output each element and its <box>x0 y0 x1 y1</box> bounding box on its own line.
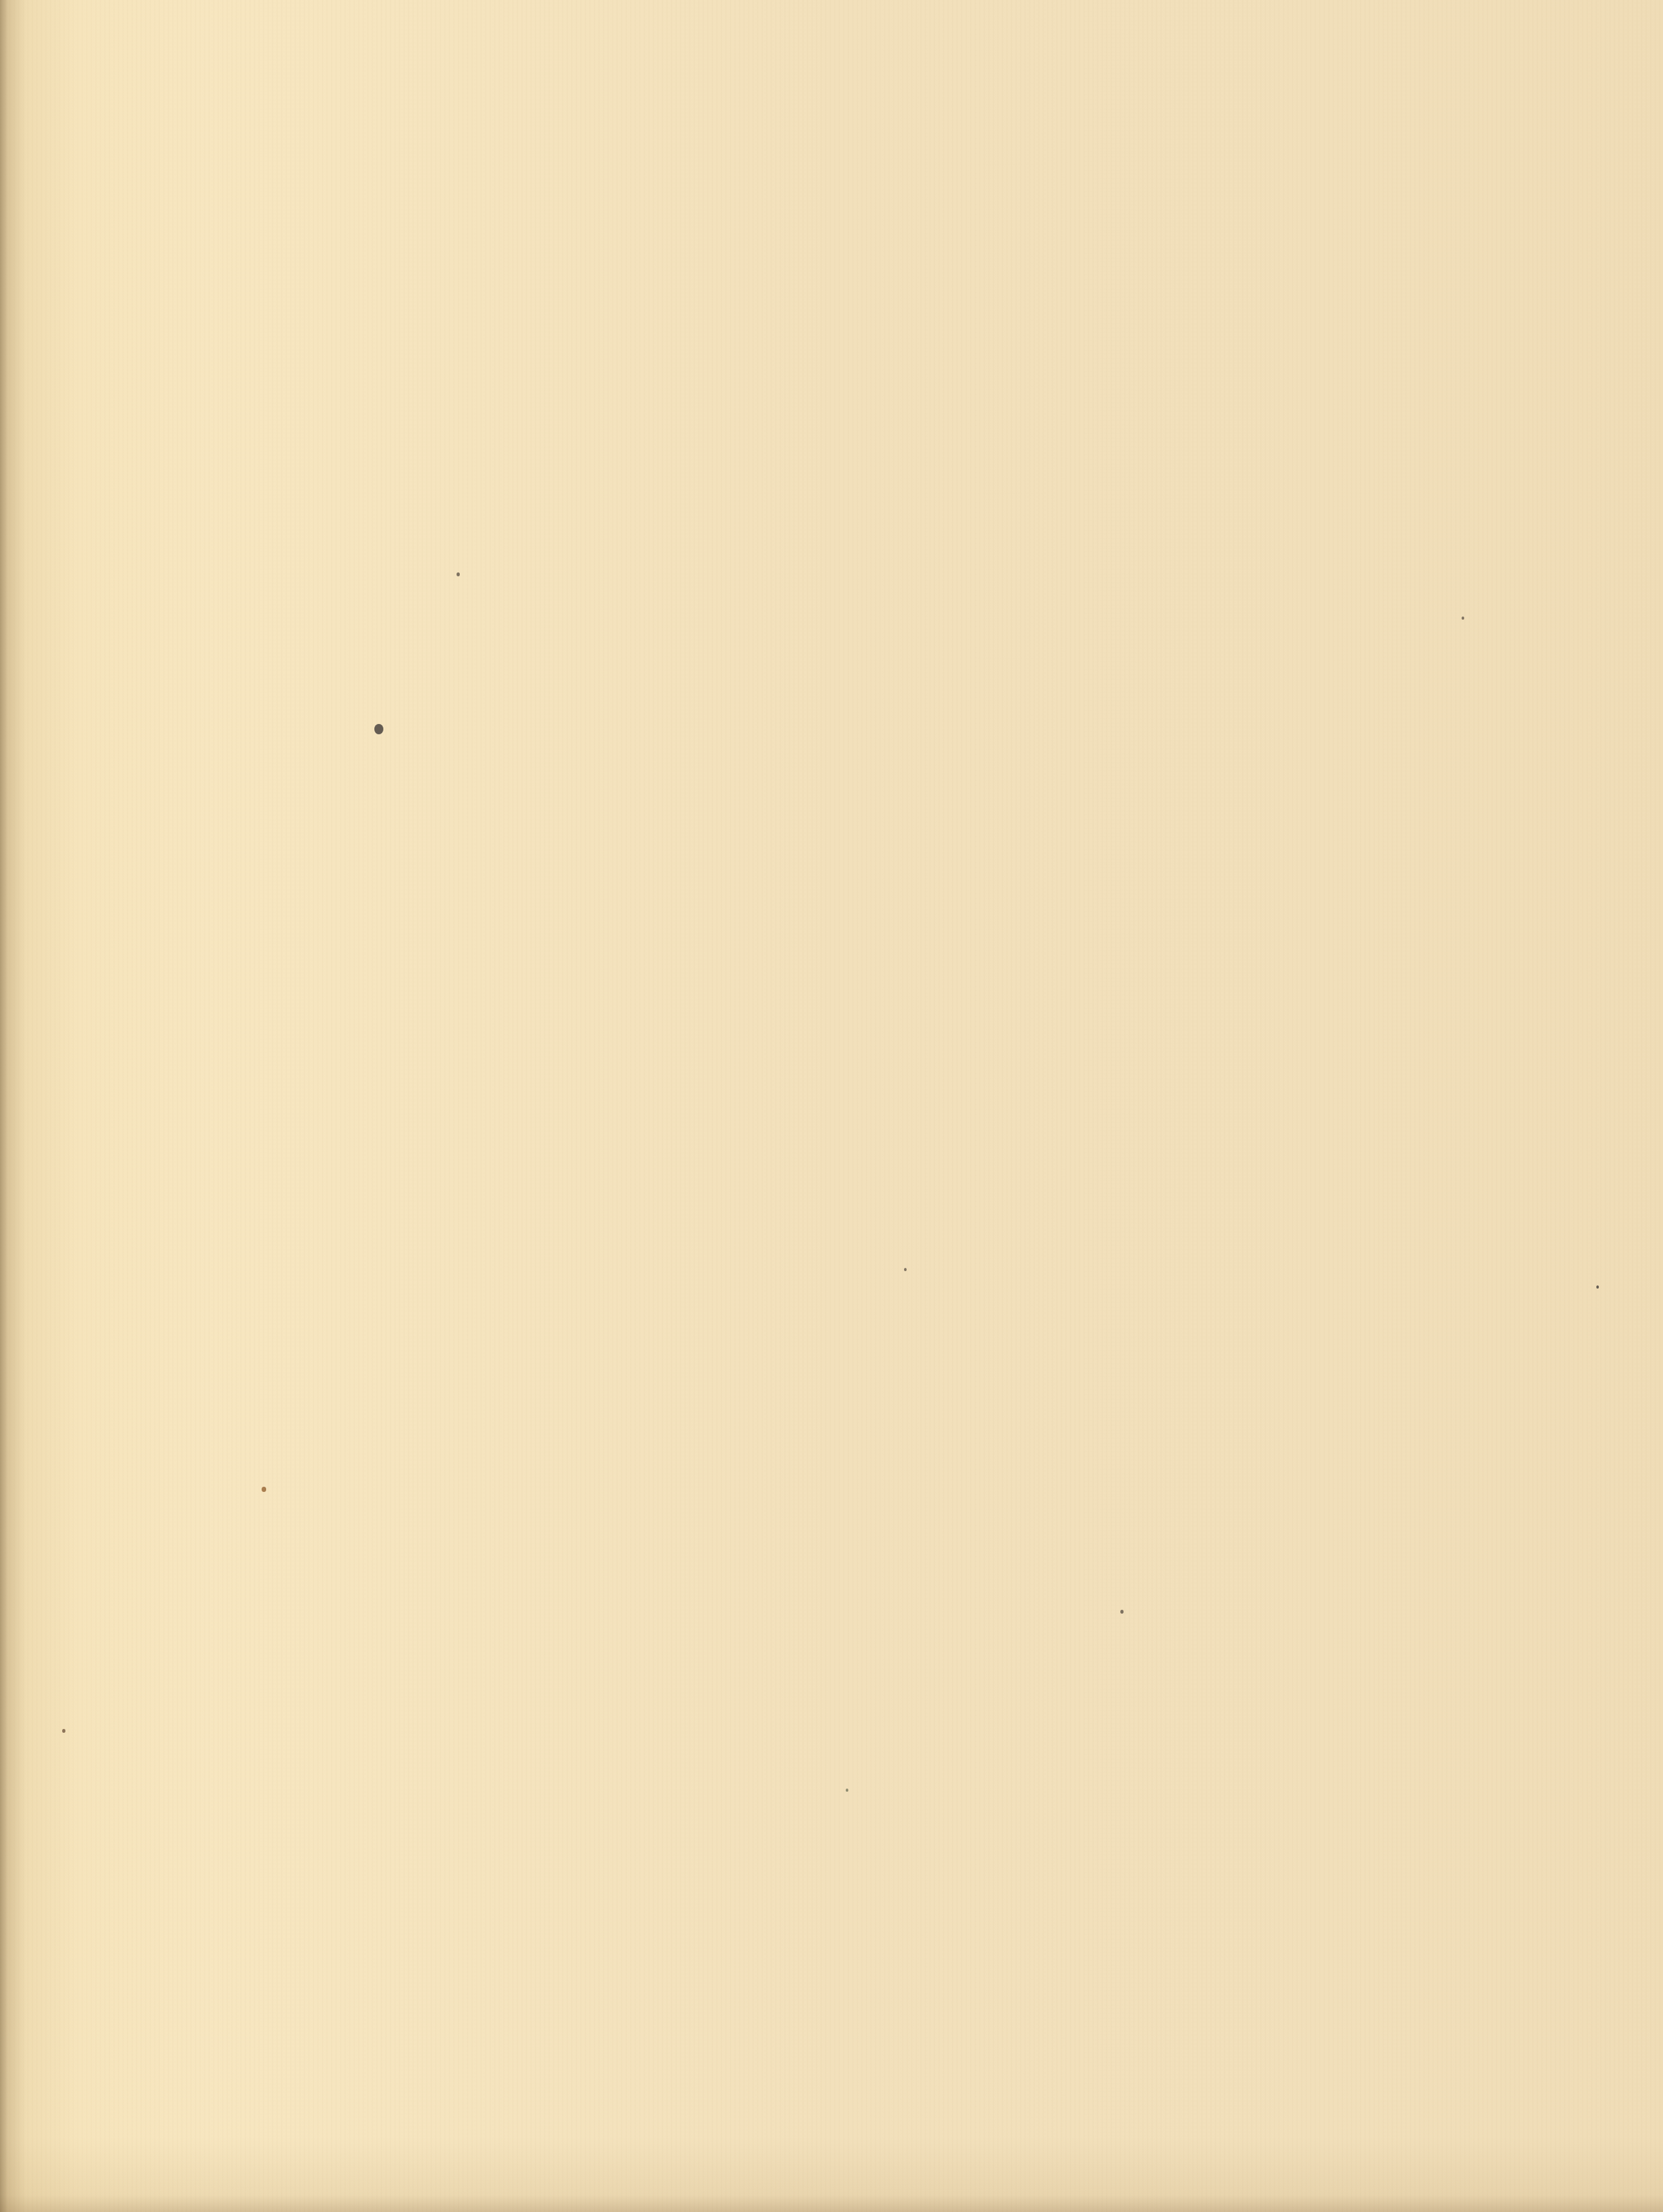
paper-speck <box>1462 616 1464 620</box>
paper-speck <box>374 724 383 734</box>
paper-speck <box>62 1729 65 1733</box>
paper-speck <box>457 572 460 576</box>
paper-speck <box>1120 1610 1124 1614</box>
paper-speck <box>846 1789 848 1792</box>
blank-paper-page <box>0 0 1663 2212</box>
paper-speck <box>904 1268 907 1271</box>
paper-speck <box>1596 1285 1599 1289</box>
paper-speck <box>262 1487 266 1492</box>
